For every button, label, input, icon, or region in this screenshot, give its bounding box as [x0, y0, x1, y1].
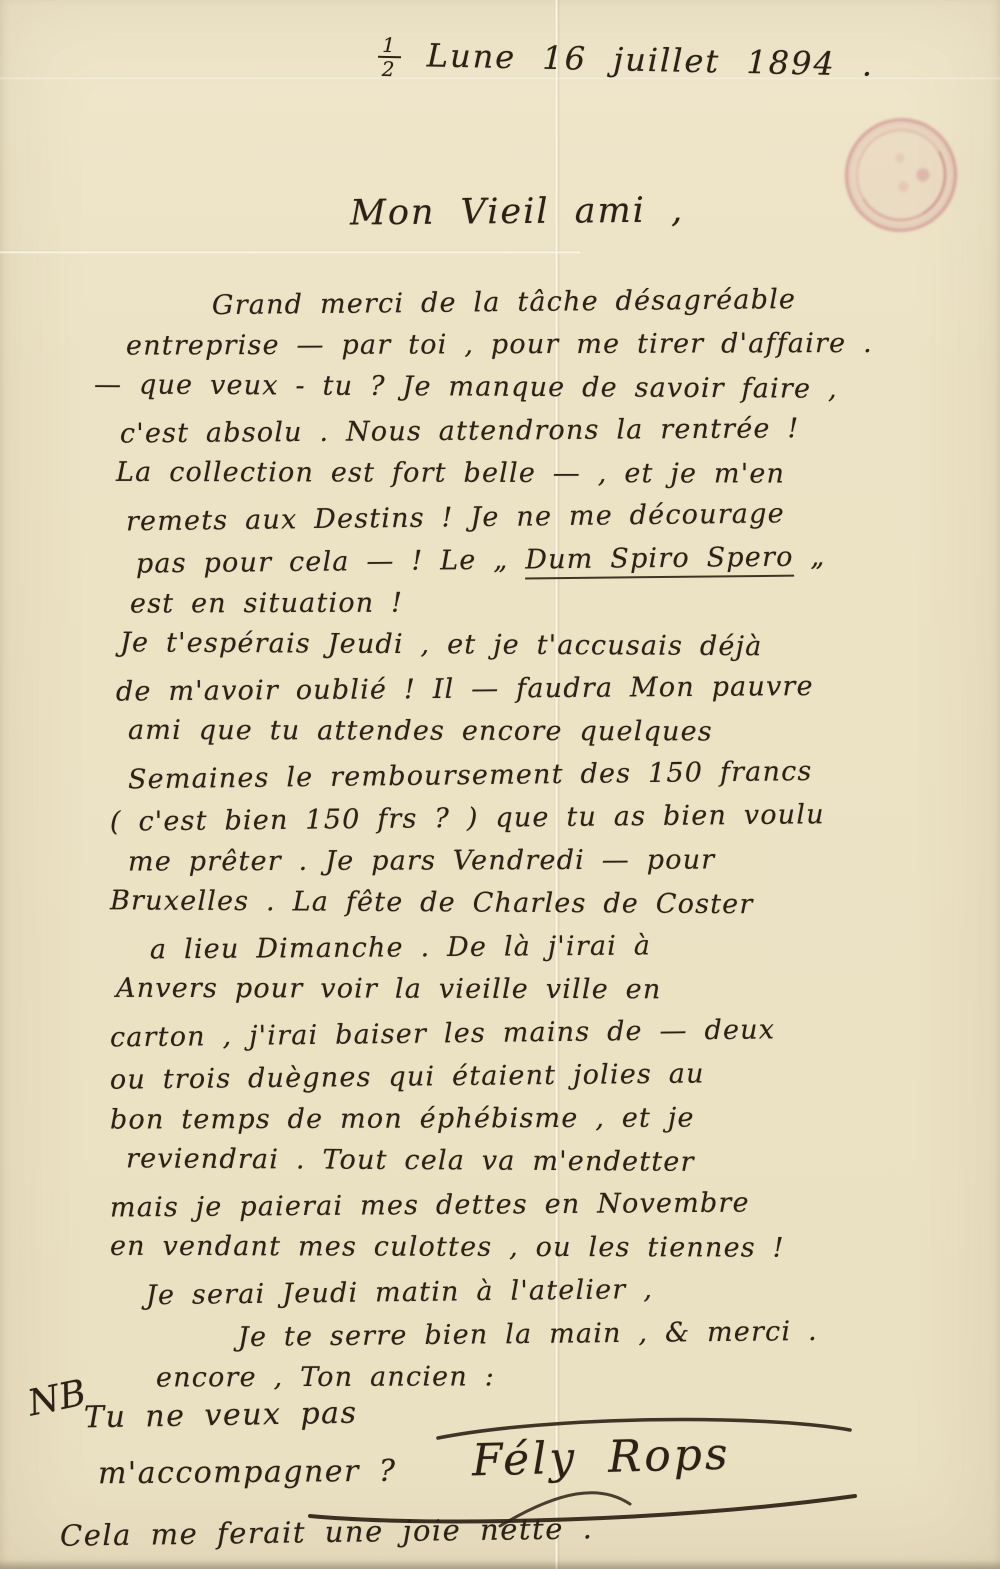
letter-body: Grand merci de la tâche désagréableentre…	[0, 286, 1000, 1404]
letter-line: La collection est fort belle — , et je m…	[116, 457, 1000, 502]
letter-line: entreprise — par toi , pour me tirer d'a…	[126, 327, 1000, 373]
letter-line: en vendant mes culottes , ou les tiennes…	[110, 1231, 1000, 1276]
line-text: carton , j'irai baiser les mains de — de…	[110, 1014, 776, 1053]
scan-bottom-edge	[0, 1560, 1000, 1569]
line-text: Anvers pour voir la vieille ville en	[116, 973, 662, 1005]
line-text: pas pour cela — ! Le „	[136, 544, 526, 579]
line-text: me prêter . Je pars Vendredi — pour	[128, 844, 716, 877]
line-text: ( c'est bien 150 frs ? ) que tu as bien …	[110, 799, 825, 837]
letter-line: Anvers pour voir la vieille ville en	[116, 973, 1000, 1018]
letter-line: — que veux - tu ? Je manque de savoir fa…	[94, 369, 1000, 418]
postscript-line-2: m'accompagner ?	[98, 1454, 397, 1492]
line-text: ou trois duègnes qui étaient jolies au	[110, 1058, 705, 1095]
line-text: Semaines le remboursement des 150 francs	[128, 756, 813, 795]
fraction-numerator: 1	[378, 35, 401, 58]
letter-line: me prêter . Je pars Vendredi — pour	[128, 843, 1000, 889]
letter-line: bon temps de mon éphébisme , et je	[110, 1101, 1000, 1147]
line-text: remets aux Destins ! Je ne me décourage	[126, 498, 785, 537]
line-text: est en situation !	[130, 588, 403, 620]
line-text: — que veux - tu ? Je manque de savoir fa…	[94, 369, 838, 405]
letter-line: Je t'espérais Jeudi , et je t'accusais d…	[120, 627, 1000, 675]
line-text: en vendant mes culottes , ou les tiennes…	[110, 1231, 785, 1264]
line-text: c'est absolu . Nous attendrons la rentré…	[120, 413, 800, 449]
postscript-line-1: Tu ne veux pas	[84, 1396, 358, 1436]
line-text: reviendrai . Tout cela va m'endetter	[126, 1143, 695, 1177]
red-collection-stamp-icon	[833, 106, 969, 244]
letter-line: ami que tu attendes encore quelques	[128, 715, 1000, 760]
letter-line: ( c'est bien 150 frs ? ) que tu as bien …	[110, 797, 1000, 849]
date-text: Lune 16 juillet 1894 .	[426, 36, 874, 83]
line-text: Je t'espérais Jeudi , et je t'accusais d…	[120, 627, 763, 662]
letter-line: reviendrai . Tout cela va m'endetter	[126, 1143, 1000, 1191]
half-fraction: 12	[378, 35, 402, 79]
date-line: 12Lune 16 juillet 1894 .	[378, 35, 875, 89]
line-text: ami que tu attendes encore quelques	[128, 715, 713, 748]
line-text: Je te serre bien la main , & merci .	[238, 1316, 818, 1353]
fraction-denominator: 2	[378, 58, 401, 79]
signature: Fély Rops	[471, 1429, 731, 1487]
line-text: entreprise — par toi , pour me tirer d'a…	[126, 328, 873, 362]
line-text: La collection est fort belle — , et je m…	[116, 457, 785, 490]
line-text: encore , Ton ancien :	[156, 1361, 495, 1393]
letter-line: est en situation !	[130, 585, 1000, 631]
letter-line: ou trois duègnes qui étaient jolies au	[110, 1055, 1000, 1107]
line-text: Bruxelles . La fête de Charles de Coster	[110, 885, 754, 920]
line-text: Grand merci de la tâche désagréable	[212, 284, 797, 321]
line-text: de m'avoir oublié ! Il — faudra Mon pauv…	[116, 671, 814, 707]
letter-line: Grand merci de la tâche désagréable	[212, 282, 1000, 333]
letter-line: Je te serre bien la main , & merci .	[238, 1314, 1000, 1365]
line-text: mais je paierai mes dettes en Novembre	[110, 1187, 750, 1223]
line-text: a lieu Dimanche . De là j'irai à	[150, 930, 651, 965]
horizontal-fold-crease	[0, 250, 580, 254]
postscript-line-3: Cela me ferait une joie nette .	[60, 1511, 594, 1552]
letter-line: de m'avoir oublié ! Il — faudra Mon pauv…	[116, 670, 1000, 720]
salutation: Mon Vieil ami ,	[350, 191, 685, 234]
letter-line: c'est absolu . Nous attendrons la rentré…	[120, 412, 1000, 462]
line-text: „	[793, 541, 825, 572]
letter-line: a lieu Dimanche . De là j'irai à	[150, 928, 1000, 978]
line-text: bon temps de mon éphébisme , et je	[110, 1103, 695, 1136]
line-text: Je serai Jeudi matin à l'atelier ,	[146, 1274, 653, 1311]
underlined-phrase: Dum Spiro Spero	[525, 542, 794, 580]
letter-line: mais je paierai mes dettes en Novembre	[110, 1186, 1000, 1236]
letter-line: Bruxelles . La fête de Charles de Coster	[110, 885, 1000, 933]
letter-page: 12Lune 16 juillet 1894 . Mon Vieil ami ,…	[0, 0, 1000, 1569]
letter-line: pas pour cela — ! Le „ Dum Spiro Spero „	[136, 539, 1000, 591]
